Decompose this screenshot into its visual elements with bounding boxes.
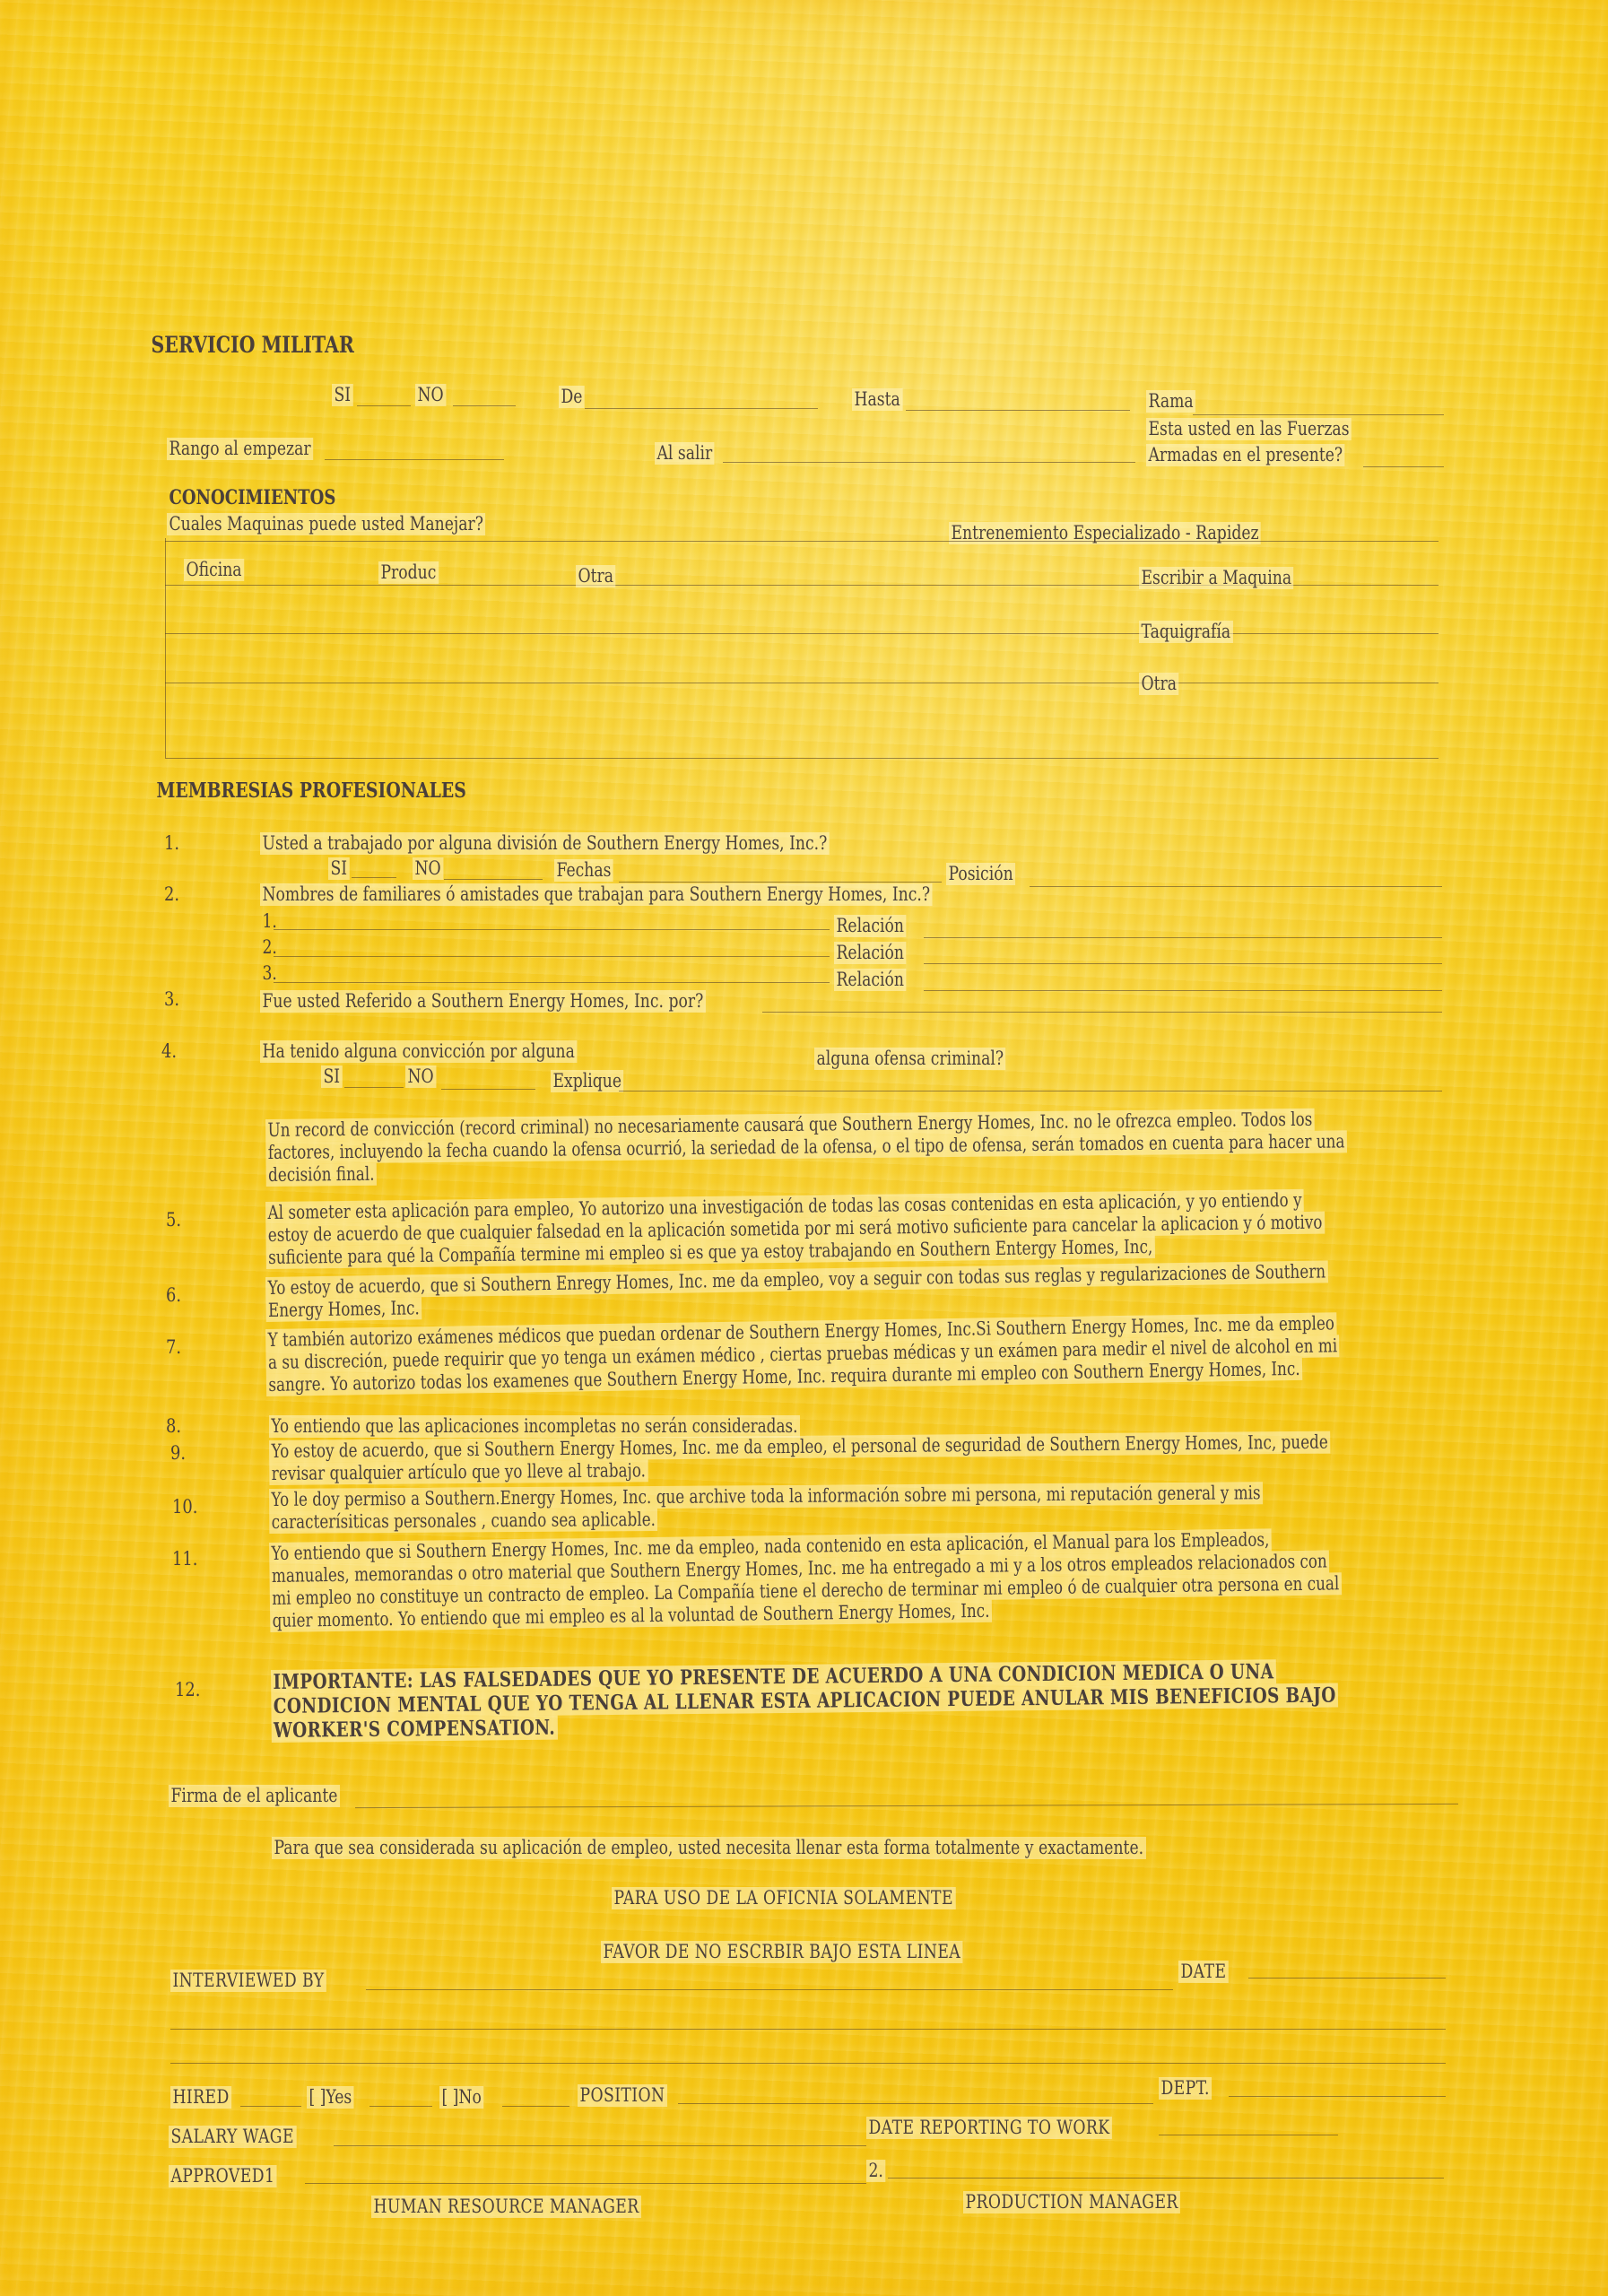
label-position: POSITION bbox=[578, 2084, 667, 2107]
label-approved: APPROVED1 bbox=[169, 2165, 277, 2187]
q4-field-explique[interactable] bbox=[619, 1091, 1442, 1091]
label-rama: Rama bbox=[1146, 390, 1195, 413]
question-1-text: Usted a trabajado por alguna división de… bbox=[260, 832, 830, 855]
label-hasta: Hasta bbox=[852, 388, 902, 411]
field-date[interactable] bbox=[1248, 1978, 1446, 1979]
question-maquinas: Cuales Maquinas puede usted Manejar? bbox=[167, 513, 485, 535]
q1-si: SI bbox=[328, 857, 350, 880]
q1-field-posicion[interactable] bbox=[1030, 886, 1442, 887]
item-11-text: Yo entiendo que si Southern Energy Homes… bbox=[269, 1524, 1608, 1632]
q2-field-name-2[interactable] bbox=[274, 956, 830, 957]
label-hired: HIRED bbox=[170, 2086, 231, 2109]
q2-field-name-1[interactable] bbox=[274, 929, 830, 930]
label-date-reporting: DATE REPORTING TO WORK bbox=[866, 2117, 1112, 2139]
field-no[interactable] bbox=[453, 405, 516, 406]
q4-field-si[interactable] bbox=[344, 1087, 404, 1088]
paragraph-line: WORKER'S COMPENSATION. bbox=[272, 1716, 558, 1743]
label-si: SI bbox=[332, 384, 353, 406]
q2-relacion-3: Relación bbox=[834, 969, 906, 991]
item-number: 3. bbox=[164, 988, 179, 1010]
question-2-text: Nombres de familiares ó amistades que tr… bbox=[260, 883, 933, 906]
signature-field[interactable] bbox=[355, 1804, 1458, 1808]
field-hasta[interactable] bbox=[906, 410, 1130, 411]
q4-field-no[interactable] bbox=[441, 1089, 535, 1090]
item-number: 8. bbox=[166, 1415, 181, 1437]
training-taquigrafia: Taquigrafía bbox=[1139, 621, 1233, 643]
q1-field-fechas[interactable] bbox=[619, 882, 942, 883]
field-fuerzas[interactable] bbox=[1363, 466, 1444, 467]
label-interviewed-by: INTERVIEWED BY bbox=[170, 1970, 326, 1992]
item-number: 7. bbox=[166, 1336, 181, 1358]
blank-line[interactable] bbox=[170, 2063, 1446, 2064]
paragraph-line: Energy Homes, Inc. bbox=[265, 1297, 422, 1322]
section-title-membresias: MEMBRESIAS PROFESIONALES bbox=[154, 778, 468, 803]
field-approved-1[interactable] bbox=[305, 2183, 866, 2184]
table-row-line bbox=[165, 683, 1439, 683]
field-hired[interactable] bbox=[240, 2106, 301, 2107]
label-fuerzas-1: Esta usted en las Fuerzas bbox=[1146, 418, 1352, 440]
q4-no: NO bbox=[405, 1065, 436, 1088]
field-rango-empezar[interactable] bbox=[325, 459, 504, 460]
question-3-text: Fue usted Referido a Southern Energy Hom… bbox=[260, 990, 706, 1013]
column-produc: Produc bbox=[378, 561, 439, 584]
q2-relacion-2: Relación bbox=[834, 942, 906, 964]
item-number: 10. bbox=[172, 1496, 197, 1518]
column-oficina: Oficina bbox=[184, 559, 244, 581]
office-use-warning: FAVOR DE NO ESCRBIR BAJO ESTA LINEA bbox=[601, 1941, 963, 1963]
blank-line[interactable] bbox=[170, 2029, 1446, 2030]
field-rama[interactable] bbox=[1193, 414, 1444, 415]
field-date-reporting[interactable] bbox=[1159, 2135, 1338, 2135]
paragraph-line: revisar qualquier artículo que yo lleve … bbox=[269, 1459, 648, 1485]
label-salary-wage: SALARY WAGE bbox=[169, 2126, 296, 2148]
label-hr-manager: HUMAN RESOURCE MANAGER bbox=[371, 2196, 641, 2218]
field-si[interactable] bbox=[357, 405, 411, 406]
q1-no: NO bbox=[413, 857, 443, 880]
field-no[interactable] bbox=[502, 2106, 569, 2107]
q2-relacion-1: Relación bbox=[834, 915, 906, 937]
checkbox-yes[interactable]: [ ]Yes bbox=[307, 2086, 354, 2109]
paragraph-line: decisión final. bbox=[266, 1163, 378, 1187]
item-number: 1. bbox=[164, 832, 179, 854]
field-position[interactable] bbox=[678, 2103, 1153, 2104]
item-5-text: Al someter esta aplicación para empleo, … bbox=[265, 1186, 1589, 1269]
paragraph-line: Yo le doy permiso a Southern.Energy Home… bbox=[269, 1482, 1263, 1511]
item-number: 4. bbox=[161, 1040, 177, 1062]
question-4-text-a: Ha tenido alguna convicción por alguna bbox=[260, 1040, 577, 1063]
field-approved-2[interactable] bbox=[888, 2178, 1444, 2179]
signature-notice: Para que sea considerada su aplicación d… bbox=[272, 1837, 1146, 1859]
training-otra: Otra bbox=[1139, 673, 1178, 695]
item-7-text: Y también autorizo exámenes médicos que … bbox=[265, 1308, 1608, 1396]
item-number: 11. bbox=[172, 1548, 197, 1570]
label-fuerzas-2: Armadas en el presente? bbox=[1146, 444, 1345, 466]
table-top-border bbox=[165, 541, 1439, 542]
important-notice: IMPORTANTE: LAS FALSEDADES QUE YO PRESEN… bbox=[271, 1656, 1605, 1743]
item-number: 6. bbox=[166, 1284, 181, 1306]
label-dept: DEPT. bbox=[1159, 2077, 1212, 2100]
q4-si: SI bbox=[321, 1065, 343, 1088]
item-8-text: Yo entiendo que las aplicaciones incompl… bbox=[269, 1415, 933, 1438]
office-use-title: PARA USO DE LA OFICNIA SOLAMENTE bbox=[612, 1887, 955, 1909]
table-left-border bbox=[165, 538, 166, 758]
field-salary-wage[interactable] bbox=[334, 2145, 866, 2146]
item-10-text: Yo le doy permiso a Southern.Energy Home… bbox=[269, 1480, 1511, 1534]
field-interviewed-by[interactable] bbox=[366, 1989, 1173, 1990]
q2-field-relacion-1[interactable] bbox=[924, 937, 1442, 938]
q4-explique: Explique bbox=[551, 1070, 624, 1092]
label-de: De bbox=[559, 386, 585, 408]
question-4-text-b: alguna ofensa criminal? bbox=[814, 1048, 1006, 1070]
item-number: 12. bbox=[175, 1679, 200, 1700]
paragraph-line: caracterísiticas personales , cuando sea… bbox=[269, 1509, 657, 1534]
q1-posicion: Posición bbox=[946, 863, 1015, 885]
section-title-conocimientos: CONOCIMIENTOS bbox=[167, 486, 338, 509]
record-paragraph: Un record de convicción (record criminal… bbox=[265, 1105, 1608, 1187]
table-bottom-border bbox=[165, 758, 1439, 759]
label-no: NO bbox=[415, 384, 446, 406]
section-title-servicio-militar: SERVICIO MILITAR bbox=[149, 332, 356, 359]
q1-field-no[interactable] bbox=[444, 879, 543, 880]
label-date: DATE bbox=[1178, 1961, 1229, 1983]
item-number: 5. bbox=[166, 1209, 181, 1231]
checkbox-no[interactable]: [ ]No bbox=[439, 2086, 483, 2109]
q2-field-relacion-3[interactable] bbox=[924, 990, 1442, 991]
signature-label: Firma de el aplicante bbox=[169, 1785, 340, 1807]
label-rango-empezar: Rango al empezar bbox=[167, 438, 313, 460]
label-al-salir: Al salir bbox=[655, 442, 715, 465]
training-escribir: Escribir a Maquina bbox=[1139, 567, 1294, 589]
q2-field-relacion-2[interactable] bbox=[924, 963, 1442, 964]
q3-field[interactable] bbox=[762, 1012, 1442, 1013]
item-number: 2. bbox=[164, 883, 179, 905]
item-number: 9. bbox=[170, 1442, 186, 1464]
label-production-manager: PRODUCTION MANAGER bbox=[963, 2191, 1180, 2213]
field-yes[interactable] bbox=[369, 2106, 432, 2107]
table-row-line bbox=[165, 633, 1439, 634]
field-dept[interactable] bbox=[1229, 2096, 1446, 2097]
field-de[interactable] bbox=[585, 408, 818, 409]
field-al-salir[interactable] bbox=[723, 462, 1135, 463]
paragraph-line: Yo entiendo que las aplicaciones incompl… bbox=[269, 1415, 800, 1438]
column-otra: Otra bbox=[576, 565, 615, 587]
q1-fechas: Fechas bbox=[554, 859, 613, 882]
q1-field-si[interactable] bbox=[352, 877, 396, 878]
label-approved-2: 2. bbox=[866, 2160, 885, 2182]
q2-field-name-3[interactable] bbox=[274, 982, 830, 983]
